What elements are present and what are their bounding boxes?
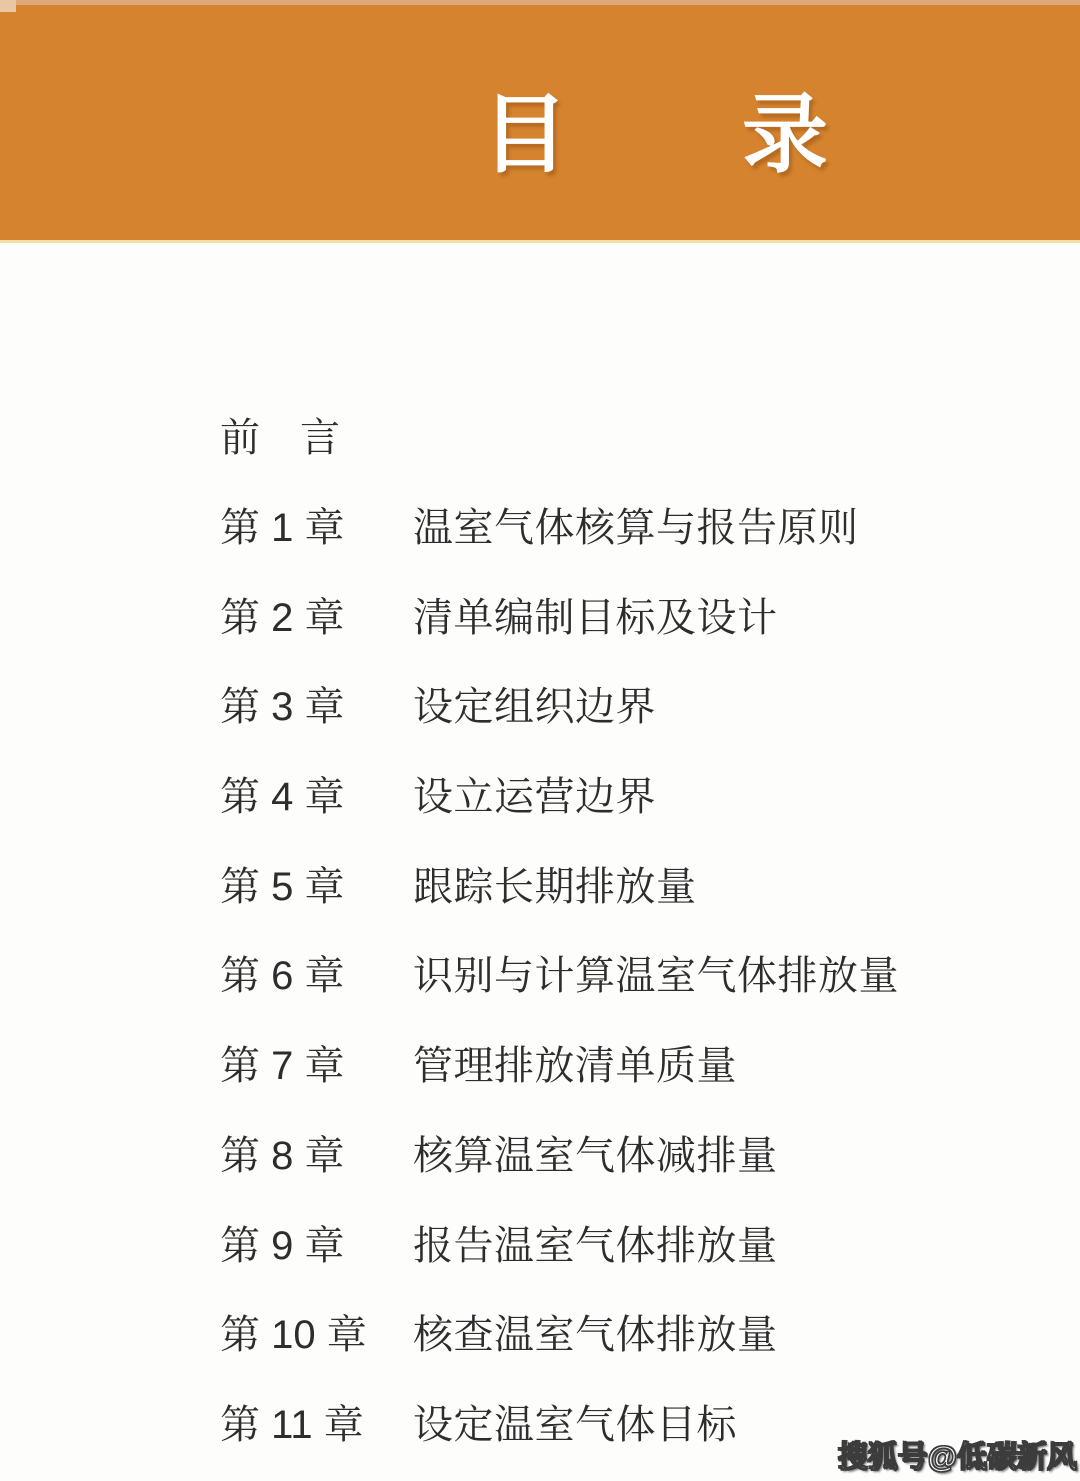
toc-row-chapter-10: 第 10 章 核查温室气体排放量 bbox=[220, 1287, 1050, 1377]
toc-row-preface: 前 言 bbox=[220, 390, 1050, 480]
toc-entry-label: 第 9 章 bbox=[220, 1214, 413, 1271]
toc-entry-label: 第 10 章 bbox=[220, 1303, 413, 1360]
toc-entry-label: 第 2 章 bbox=[220, 586, 413, 643]
header-top-strip bbox=[0, 0, 1080, 5]
toc-entry-label: 第 6 章 bbox=[220, 944, 413, 1001]
toc-entry-title: 跟踪长期排放量 bbox=[413, 855, 697, 912]
toc-row-chapter-4: 第 4 章 设立运营边界 bbox=[220, 749, 1050, 839]
toc-entry-title: 设立运营边界 bbox=[413, 765, 656, 822]
toc-list: 前 言 第 1 章 温室气体核算与报告原则 第 2 章 清单编制目标及设计 第 … bbox=[220, 390, 1050, 1466]
toc-entry-title: 管理排放清单质量 bbox=[413, 1034, 737, 1091]
toc-entry-title: 清单编制目标及设计 bbox=[413, 586, 778, 643]
header-band: 目 录 bbox=[0, 0, 1080, 243]
toc-entry-title: 核查温室气体排放量 bbox=[413, 1303, 778, 1360]
header-accent-line bbox=[0, 240, 1080, 243]
toc-entry-title: 核算温室气体减排量 bbox=[413, 1124, 778, 1181]
toc-entry-label: 前 言 bbox=[220, 406, 413, 463]
toc-entry-label: 第 11 章 bbox=[220, 1393, 413, 1450]
document-page: 目 录 前 言 第 1 章 温室气体核算与报告原则 第 2 章 清单编制目标及设… bbox=[0, 0, 1080, 1481]
toc-row-chapter-6: 第 6 章 识别与计算温室气体排放量 bbox=[220, 928, 1050, 1018]
toc-row-chapter-7: 第 7 章 管理排放清单质量 bbox=[220, 1018, 1050, 1108]
page-title-char-left: 目 bbox=[482, 92, 568, 178]
header-corner-patch bbox=[0, 0, 16, 12]
toc-entry-title: 识别与计算温室气体排放量 bbox=[413, 944, 899, 1001]
page-title-char-right: 录 bbox=[742, 92, 828, 178]
toc-row-chapter-1: 第 1 章 温室气体核算与报告原则 bbox=[220, 480, 1050, 570]
toc-row-chapter-2: 第 2 章 清单编制目标及设计 bbox=[220, 569, 1050, 659]
toc-entry-title: 温室气体核算与报告原则 bbox=[413, 496, 859, 553]
toc-entry-label: 第 8 章 bbox=[220, 1124, 413, 1181]
toc-entry-label: 第 4 章 bbox=[220, 765, 413, 822]
toc-entry-title: 报告温室气体排放量 bbox=[413, 1214, 778, 1271]
toc-entry-label: 第 1 章 bbox=[220, 496, 413, 553]
toc-row-chapter-9: 第 9 章 报告温室气体排放量 bbox=[220, 1197, 1050, 1287]
toc-entry-label: 第 7 章 bbox=[220, 1034, 413, 1091]
toc-entry-label: 第 5 章 bbox=[220, 855, 413, 912]
toc-row-chapter-8: 第 8 章 核算温室气体减排量 bbox=[220, 1108, 1050, 1198]
sohu-watermark: 搜狐号@低碳新风 bbox=[838, 1432, 1077, 1476]
toc-row-chapter-3: 第 3 章 设定组织边界 bbox=[220, 659, 1050, 749]
toc-entry-label: 第 3 章 bbox=[220, 675, 413, 732]
toc-row-chapter-5: 第 5 章 跟踪长期排放量 bbox=[220, 838, 1050, 928]
toc-entry-title: 设定温室气体目标 bbox=[413, 1393, 737, 1450]
toc-entry-title: 设定组织边界 bbox=[413, 675, 656, 732]
